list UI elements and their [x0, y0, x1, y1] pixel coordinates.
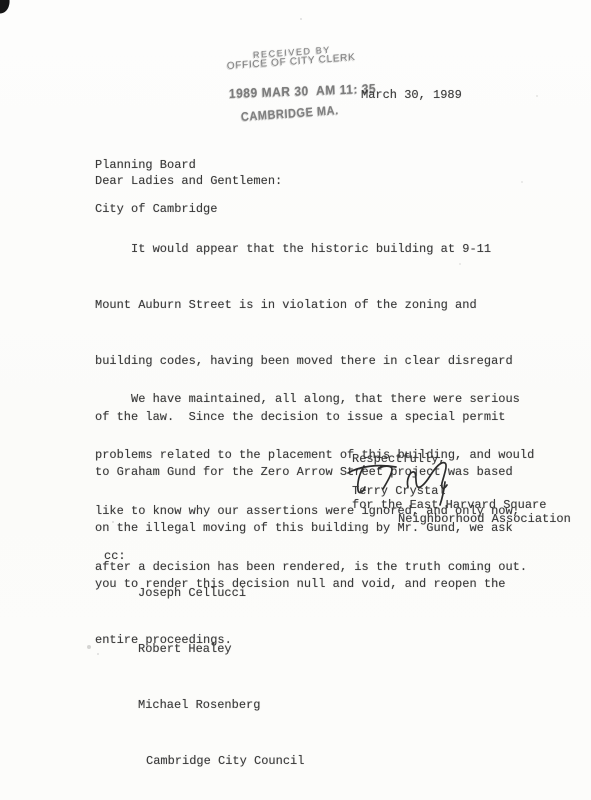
- typed-date: March 30, 1989: [361, 86, 462, 105]
- closing-org-line-2: Neighborhood Association: [398, 512, 571, 527]
- body-line: It would appear that the historic buildi…: [95, 240, 513, 259]
- scan-speckles: [0, 0, 2, 2]
- body-line: Mount Auburn Street is in violation of t…: [95, 296, 513, 315]
- cc-name: Cambridge City Council: [146, 752, 304, 771]
- stamp-city-line: CAMBRIDGE MA.: [241, 103, 340, 124]
- signer-name: Terry Crystal: [352, 484, 446, 499]
- salutation: Dear Ladies and Gentlemen:: [95, 172, 282, 191]
- cc-label: cc:: [104, 547, 126, 566]
- closing-org-line-1: for the East Harvard Square: [352, 498, 546, 513]
- stamp-datestamp-line: 1989 MAR 30 AM 11: 35: [229, 81, 377, 101]
- cc-name: Michael Rosenberg: [138, 696, 304, 715]
- cc-list: Joseph Cellucci Robert Healey Michael Ro…: [138, 547, 304, 800]
- recipient-line: Planning Board: [95, 158, 217, 173]
- letter-page: RECEIVED BY OFFICE OF CITY CLERK 1989 MA…: [0, 0, 591, 800]
- cc-name: Robert Healey: [138, 640, 304, 659]
- body-line: We have maintained, all along, that ther…: [95, 390, 534, 409]
- cc-name: Joseph Cellucci: [138, 584, 304, 603]
- scan-corner-artifact: [0, 0, 11, 14]
